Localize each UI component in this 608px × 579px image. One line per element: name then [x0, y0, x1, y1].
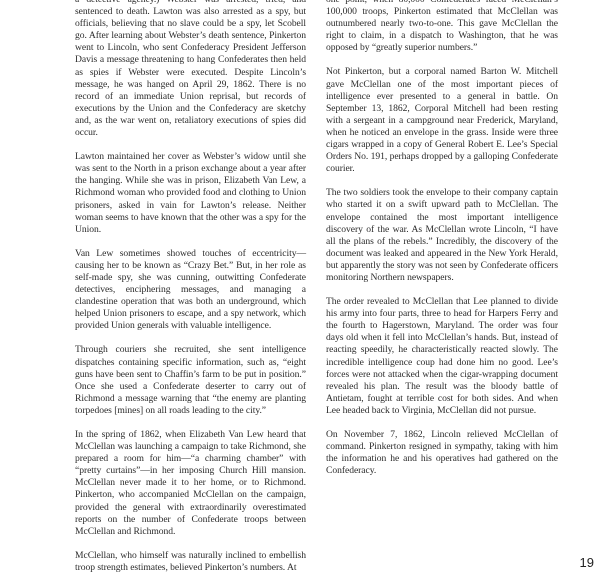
paragraph-mitchell-discovery: Not Pinkerton, but a corporal named Bart… — [326, 66, 558, 175]
paragraph-order-revealed: The order revealed to McClellan that Lee… — [326, 296, 558, 417]
left-column: a detective agency.) Webster was arreste… — [75, 0, 306, 579]
page-number: 19 — [580, 555, 594, 570]
right-column: one point, when 80,000 Confederates face… — [326, 0, 558, 489]
paragraph-lawton-cover: Lawton maintained her cover as Webster’s… — [75, 151, 306, 236]
paragraph-van-lew-eccentricity: Van Lew sometimes showed touches of ecce… — [75, 248, 306, 333]
paragraph-troop-numbers: one point, when 80,000 Confederates face… — [326, 0, 558, 54]
paragraph-envelope: The two soldiers took the envelope to th… — [326, 187, 558, 284]
paragraph-mcclellan-relieved: On November 7, 1862, Lincoln relieved Mc… — [326, 429, 558, 477]
paragraph-mcclellan-estimates: McClellan, who himself was naturally inc… — [75, 550, 306, 574]
paragraph-spring-1862: In the spring of 1862, when Elizabeth Va… — [75, 429, 306, 538]
paragraph-webster-arrest: a detective agency.) Webster was arreste… — [75, 0, 306, 139]
paragraph-couriers: Through couriers she recruited, she sent… — [75, 344, 306, 417]
